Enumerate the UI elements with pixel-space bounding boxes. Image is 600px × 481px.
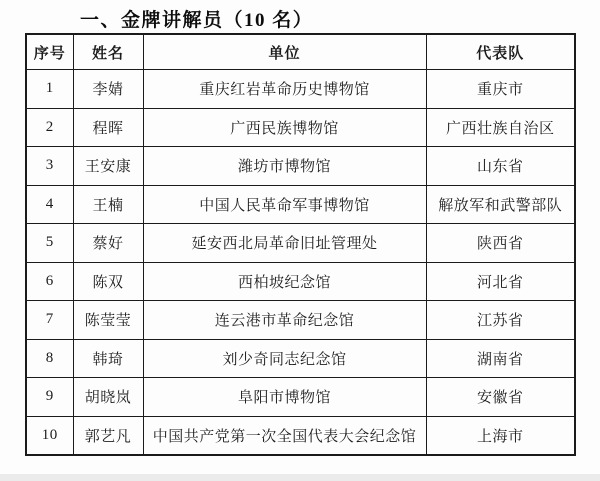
cell-no: 8 xyxy=(26,339,73,378)
header-row: 序号 姓名 单位 代表队 xyxy=(26,34,575,70)
table-row: 1 李婧 重庆红岩革命历史博物馆 重庆市 xyxy=(26,70,575,109)
cell-unit: 重庆红岩革命历史博物馆 xyxy=(143,70,426,109)
cell-no: 4 xyxy=(26,185,73,224)
cell-no: 2 xyxy=(26,108,73,147)
table-row: 4 王楠 中国人民革命军事博物馆 解放军和武警部队 xyxy=(26,185,575,224)
cell-name: 韩琦 xyxy=(73,339,143,378)
cell-team: 广西壮族自治区 xyxy=(426,108,575,147)
cell-no: 10 xyxy=(26,416,73,455)
table-row: 2 程晖 广西民族博物馆 广西壮族自治区 xyxy=(26,108,575,147)
cell-unit: 广西民族博物馆 xyxy=(143,108,426,147)
cell-team: 安徽省 xyxy=(426,378,575,417)
cell-name: 郭艺凡 xyxy=(73,416,143,455)
cell-no: 1 xyxy=(26,70,73,109)
cell-no: 5 xyxy=(26,224,73,263)
cell-team: 山东省 xyxy=(426,147,575,186)
section-title: 一、金牌讲解员（10 名） xyxy=(80,5,313,32)
page-bottom-edge xyxy=(0,474,600,481)
col-header-unit: 单位 xyxy=(143,34,426,70)
document-page: 一、金牌讲解员（10 名） 序号 姓名 单位 代表队 1 李婧 重庆红岩革命历史… xyxy=(0,0,600,481)
cell-team: 江苏省 xyxy=(426,301,575,340)
cell-unit: 潍坊市博物馆 xyxy=(143,147,426,186)
table-row: 10 郭艺凡 中国共产党第一次全国代表大会纪念馆 上海市 xyxy=(26,416,575,455)
col-header-team: 代表队 xyxy=(426,34,575,70)
cell-name: 王楠 xyxy=(73,185,143,224)
cell-team: 湖南省 xyxy=(426,339,575,378)
cell-name: 陈莹莹 xyxy=(73,301,143,340)
table-row: 3 王安康 潍坊市博物馆 山东省 xyxy=(26,147,575,186)
cell-team: 上海市 xyxy=(426,416,575,455)
cell-name: 胡晓岚 xyxy=(73,378,143,417)
cell-team: 解放军和武警部队 xyxy=(426,185,575,224)
cell-no: 3 xyxy=(26,147,73,186)
cell-no: 7 xyxy=(26,301,73,340)
table-row: 7 陈莹莹 连云港市革命纪念馆 江苏省 xyxy=(26,301,575,340)
cell-unit: 西柏坡纪念馆 xyxy=(143,262,426,301)
cell-unit: 中国人民革命军事博物馆 xyxy=(143,185,426,224)
table-row: 5 蔡好 延安西北局革命旧址管理处 陕西省 xyxy=(26,224,575,263)
cell-name: 陈双 xyxy=(73,262,143,301)
table-row: 8 韩琦 刘少奇同志纪念馆 湖南省 xyxy=(26,339,575,378)
col-header-no: 序号 xyxy=(26,34,73,70)
cell-name: 王安康 xyxy=(73,147,143,186)
col-header-name: 姓名 xyxy=(73,34,143,70)
cell-team: 陕西省 xyxy=(426,224,575,263)
table-row: 6 陈双 西柏坡纪念馆 河北省 xyxy=(26,262,575,301)
cell-unit: 延安西北局革命旧址管理处 xyxy=(143,224,426,263)
cell-name: 李婧 xyxy=(73,70,143,109)
roster-table: 序号 姓名 单位 代表队 1 李婧 重庆红岩革命历史博物馆 重庆市 2 程晖 广… xyxy=(25,33,576,456)
cell-team: 重庆市 xyxy=(426,70,575,109)
cell-no: 6 xyxy=(26,262,73,301)
cell-name: 程晖 xyxy=(73,108,143,147)
cell-no: 9 xyxy=(26,378,73,417)
cell-unit: 刘少奇同志纪念馆 xyxy=(143,339,426,378)
cell-unit: 阜阳市博物馆 xyxy=(143,378,426,417)
cell-team: 河北省 xyxy=(426,262,575,301)
cell-name: 蔡好 xyxy=(73,224,143,263)
cell-unit: 中国共产党第一次全国代表大会纪念馆 xyxy=(143,416,426,455)
table-row: 9 胡晓岚 阜阳市博物馆 安徽省 xyxy=(26,378,575,417)
cell-unit: 连云港市革命纪念馆 xyxy=(143,301,426,340)
